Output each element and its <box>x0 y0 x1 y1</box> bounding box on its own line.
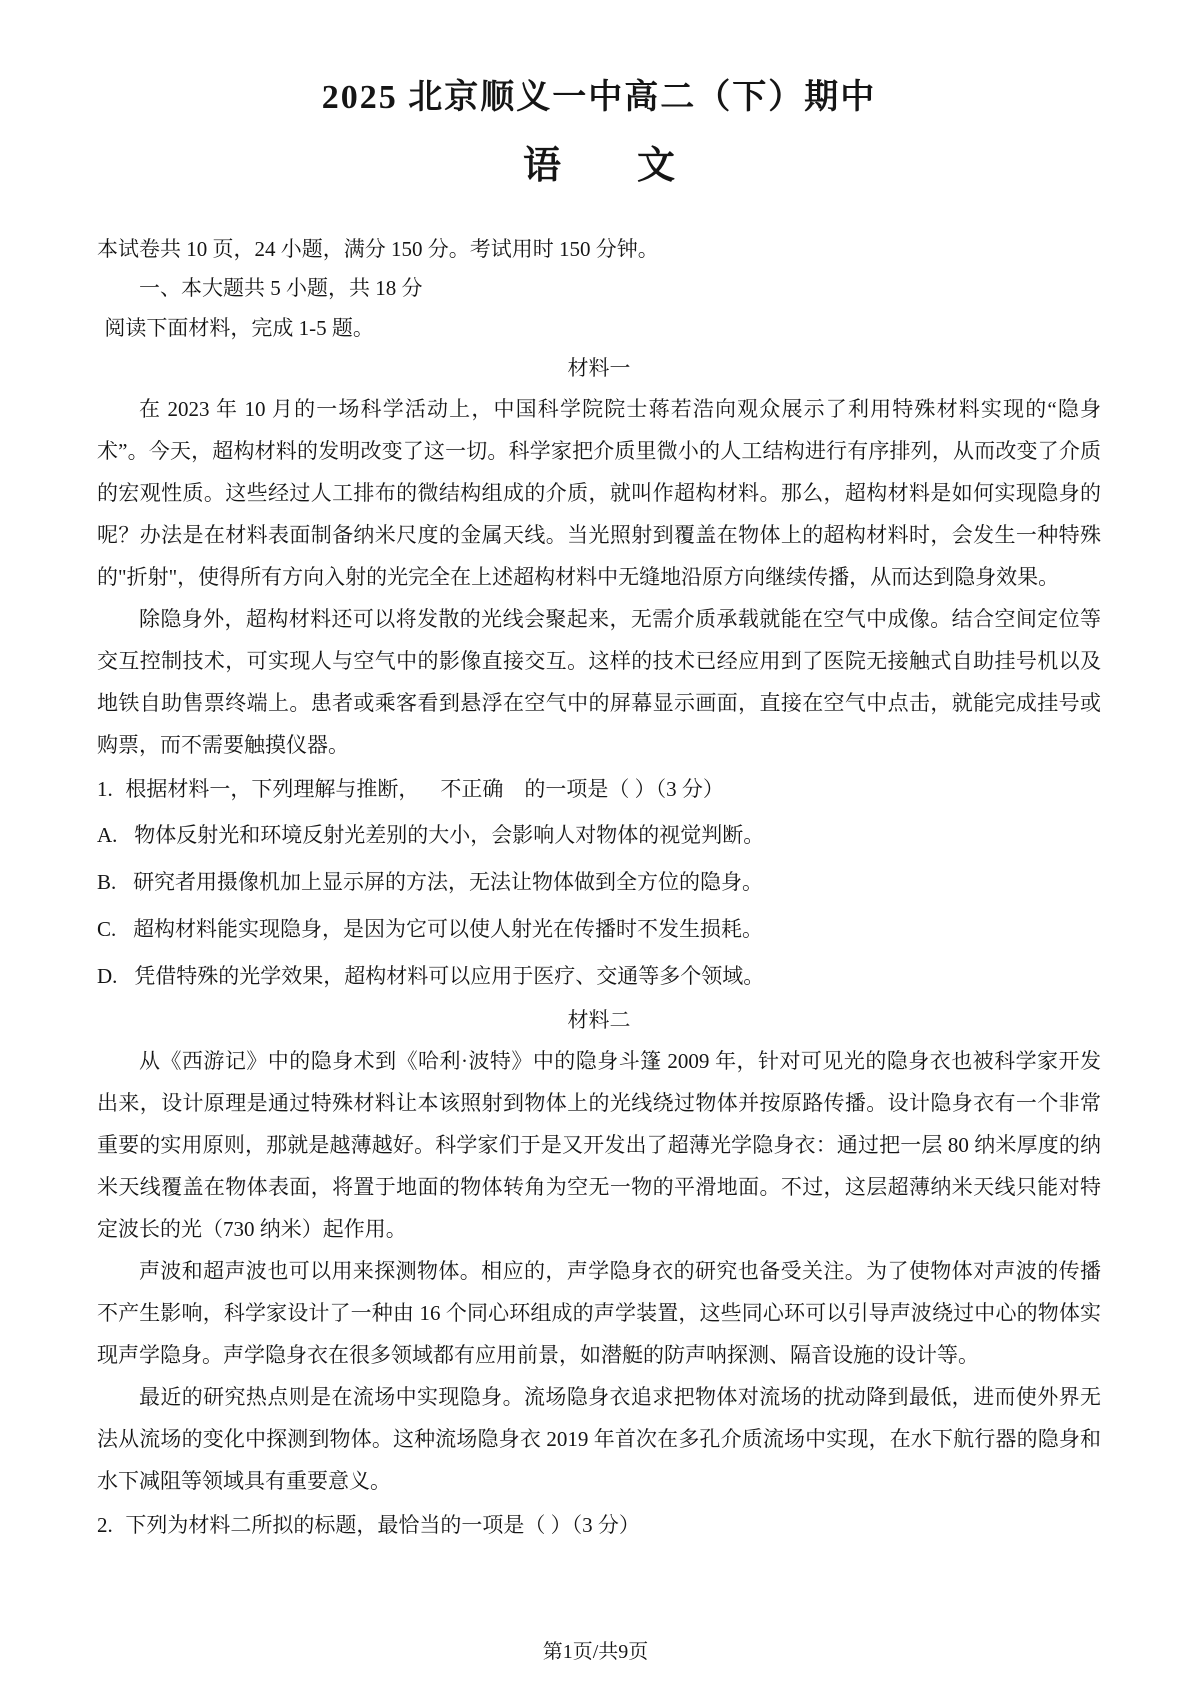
option-b-label: B. <box>97 870 116 894</box>
question-2-stem: 2.下列为材料二所拟的标题，最恰当的一项是（ ）（3 分） <box>97 1502 1101 1548</box>
option-d-label: D. <box>97 964 117 988</box>
material-one-paragraph-2: 除隐身外，超构材料还可以将发散的光线会聚起来，无需介质承载就能在空气中成像。结合… <box>97 598 1101 766</box>
option-b-text: 研究者用摄像机加上显示屏的方法，无法让物体做到全方位的隐身。 <box>133 870 763 894</box>
exam-info-line: 本试卷共 10 页，24 小题，满分 150 分。考试用时 150 分钟。 <box>97 230 1101 268</box>
material-two-paragraph-2: 声波和超声波也可以用来探测物体。相应的，声学隐身衣的研究也备受关注。为了使物体对… <box>97 1250 1101 1376</box>
question-1-stem-prefix: 根据材料一，下列理解与推断， <box>125 777 419 801</box>
option-c-text: 超构材料能实现隐身，是因为它可以使人射光在传播时不发生损耗。 <box>133 917 763 941</box>
material-two-paragraph-1: 从《西游记》中的隐身术到《哈利·波特》中的隐身斗篷 2009 年，针对可见光的隐… <box>97 1040 1101 1250</box>
question-1-number: 1. <box>97 777 113 801</box>
exam-page: 2025 北京顺义一中高二（下）期中 语 文 本试卷共 10 页，24 小题，满… <box>0 0 1191 1684</box>
subject-title: 语 文 <box>97 144 1101 188</box>
question-2-stem-text: 下列为材料二所拟的标题，最恰当的一项是（ ）（3 分） <box>125 1513 640 1537</box>
question-1-stem-suffix: 的一项是（ ）（3 分） <box>524 777 724 801</box>
question-1-option-c: C.超构材料能实现隐身，是因为它可以使人射光在传播时不发生损耗。 <box>97 906 1101 953</box>
question-1-stem: 1.根据材料一，下列理解与推断，不正确的一项是（ ）（3 分） <box>97 766 1101 812</box>
reading-instruction: 阅读下面材料，完成 1-5 题。 <box>97 308 1101 348</box>
option-d-text: 凭借特殊的光学效果，超构材料可以应用于医疗、交通等多个领域。 <box>134 964 764 988</box>
question-2-number: 2. <box>97 1513 113 1537</box>
option-c-label: C. <box>97 917 116 941</box>
question-1-emphasis: 不正确 <box>440 777 503 801</box>
question-1-option-b: B.研究者用摄像机加上显示屏的方法，无法让物体做到全方位的隐身。 <box>97 859 1101 906</box>
material-two-paragraph-3: 最近的研究热点则是在流场中实现隐身。流场隐身衣追求把物体对流场的扰动降到最低，进… <box>97 1376 1101 1502</box>
section-one-heading: 一、本大题共 5 小题，共 18 分 <box>97 268 1101 308</box>
material-two-heading: 材料二 <box>97 1000 1101 1040</box>
question-1-option-a: A.物体反射光和环境反射光差别的大小，会影响人对物体的视觉判断。 <box>97 812 1101 859</box>
option-a-label: A. <box>97 823 117 847</box>
material-one-heading: 材料一 <box>97 348 1101 388</box>
material-one-paragraph-1: 在 2023 年 10 月的一场科学活动上，中国科学院院士蒋若浩向观众展示了利用… <box>97 388 1101 598</box>
question-1-option-d: D.凭借特殊的光学效果，超构材料可以应用于医疗、交通等多个领域。 <box>97 953 1101 1000</box>
page-title: 2025 北京顺义一中高二（下）期中 <box>97 78 1101 118</box>
option-a-text: 物体反射光和环境反射光差别的大小，会影响人对物体的视觉判断。 <box>134 823 764 847</box>
page-number-indicator: 第1页/共9页 <box>0 1640 1191 1664</box>
